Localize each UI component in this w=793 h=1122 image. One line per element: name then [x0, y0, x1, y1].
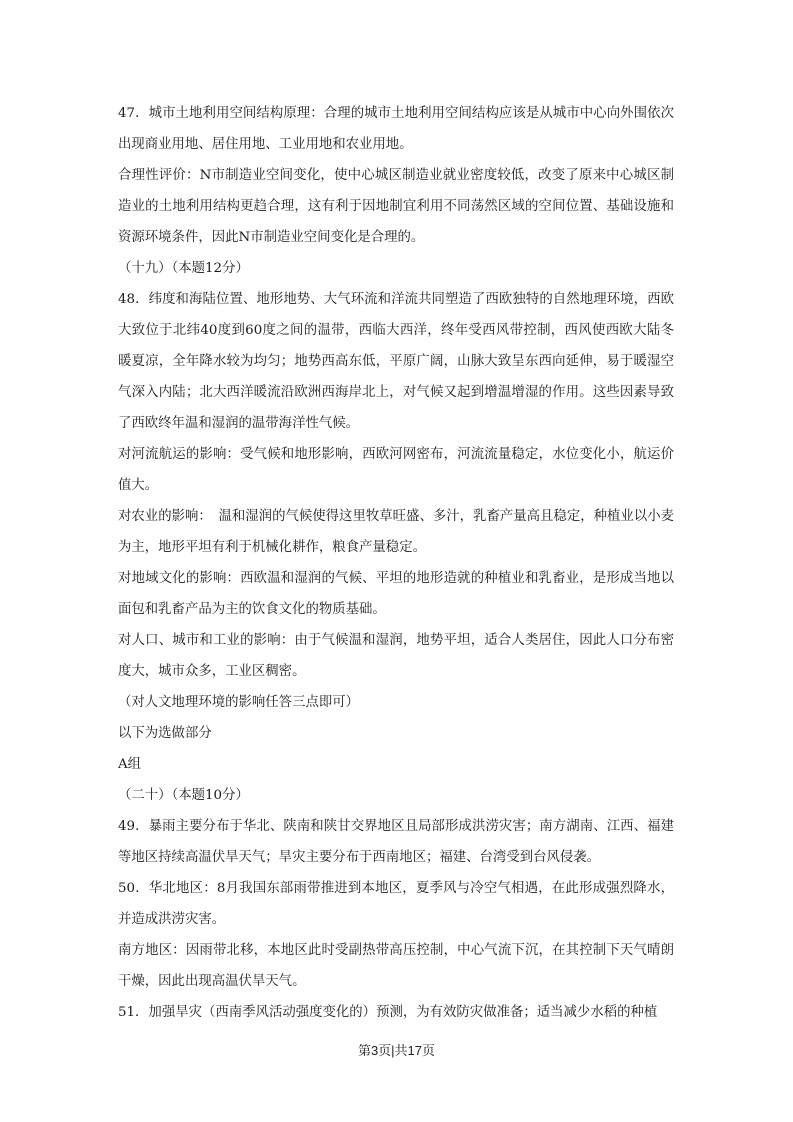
optional-section-label: 以下为选做部分: [118, 718, 674, 749]
answer-49: 49．暴雨主要分布于华北、陕南和陕甘交界地区且局部形成洪涝灾害；南方湖南、江西、…: [118, 811, 674, 873]
group-a-label: A组: [118, 749, 674, 780]
answer-48: 48．纬度和海陆位置、地形地势、大气环流和洋流共同塑造了西欧独特的自然地理环境，…: [118, 284, 674, 439]
answer-50-south: 南方地区：因雨带北移，本地区此时受副热带高压控制，中心气流下沉，在其控制下天气晴…: [118, 935, 674, 997]
answer-50-north: 50．华北地区：8月我国东部雨带推进到本地区，夏季风与冷空气相遇，在此形成强烈降…: [118, 873, 674, 935]
document-body: 47．城市土地利用空间结构原理：合理的城市土地利用空间结构应该是从城市中心向外围…: [118, 98, 674, 1028]
answer-51: 51．加强旱灾（西南季风活动强度变化的）预测，为有效防灾做准备；适当减少水稻的种…: [118, 997, 674, 1028]
impact-agriculture: 对农业的影响： 温和湿润的气候使得这里牧草旺盛、多汁，乳畜产量高且稳定，种植业以…: [118, 501, 674, 563]
section-heading-19: （十九）（本题12分）: [118, 253, 674, 284]
impact-population: 对人口、城市和工业的影响：由于气候温和湿润，地势平坦，适合人类居住，因此人口分布…: [118, 625, 674, 687]
page-footer: 第3页|共17页: [0, 1040, 793, 1059]
section-heading-20: （二十）（本题10分）: [118, 780, 674, 811]
note: （对人文地理环境的影响任答三点即可）: [118, 687, 674, 718]
answer-47: 47．城市土地利用空间结构原理：合理的城市土地利用空间结构应该是从城市中心向外围…: [118, 98, 674, 160]
evaluation-47: 合理性评价：N市制造业空间变化，使中心城区制造业就业密度较低，改变了原来中心城区…: [118, 160, 674, 253]
impact-culture: 对地域文化的影响：西欧温和湿润的气候、平坦的地形造就的种植业和乳畜业，是形成当地…: [118, 563, 674, 625]
impact-river-shipping: 对河流航运的影响：受气候和地形影响，西欧河网密布，河流流量稳定，水位变化小，航运…: [118, 439, 674, 501]
